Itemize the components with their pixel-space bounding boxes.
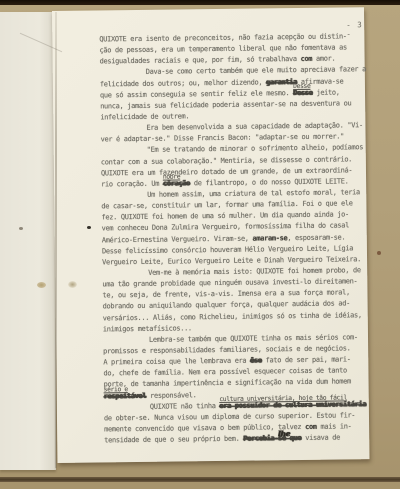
typed-text: Vergueiro Leite, Eurico Vergueiro Leite … — [102, 255, 361, 266]
typed-text: memente convencido que visava o bem públ… — [104, 423, 305, 433]
typed-text: de filantropo, o do nosso QUIXOTE LEITE. — [190, 177, 349, 187]
typed-text: responsável. — [146, 391, 196, 400]
typed-insertion-above: nobre — [163, 172, 180, 183]
typed-text: promissos e responsabilidades familiares… — [103, 344, 350, 355]
typed-text: jeito, — [313, 88, 340, 96]
struck-out-text: era possuidor de cultura universitáriacu… — [219, 400, 366, 410]
typed-text: Um homem assim, uma criatura de tal esto… — [147, 188, 360, 199]
typed-text: mais in- — [317, 422, 352, 430]
typed-text: QUIXOTE era um fazendeiro dotado de um g… — [101, 166, 352, 177]
struck-out-text: êse — [250, 357, 262, 365]
typed-text: felicidade dos outros; ou, melhor dizend… — [100, 78, 266, 88]
typed-text: "Em se tratando de minorar o sofrimento … — [147, 144, 363, 155]
typed-text: Dava-se como certo também que ele muito … — [146, 66, 366, 77]
overtyped-bold-text: com — [301, 55, 313, 63]
typed-text: fato de ser pai, mari- — [262, 355, 351, 364]
paper-crease — [55, 12, 57, 468]
typed-text: desigualdades raciais e que, por fim, só… — [100, 55, 301, 65]
typed-text: uma tão grande probidade que ninguém ous… — [102, 277, 357, 288]
typescript-sheet: - 3 - QUIXOTE era isento de preconceitos… — [52, 7, 369, 463]
typed-text: Lembra-se também que QUIXOTE tinha os ma… — [149, 333, 358, 344]
typed-text: de casar-se, constituir um lar, formar u… — [101, 199, 352, 210]
typed-text-block: QUIXOTE era isento de preconceitos, não … — [99, 31, 369, 446]
ink-speck — [87, 226, 91, 229]
struck-out-text: DesseDesse — [293, 89, 312, 97]
handwritten-insertion: lhe — [278, 428, 290, 439]
typed-text: QUIXOTE era isento de preconceitos, não … — [99, 32, 346, 43]
typed-text: Era bem desenvolvida a sua capacidade de… — [146, 121, 362, 132]
typed-line: tensidade de que o seu próprio bem. Perc… — [104, 432, 369, 446]
typed-text: ção de pessoas, era um temperamento libe… — [99, 44, 346, 55]
underlying-page — [0, 12, 56, 470]
typed-text: amor. — [312, 55, 335, 63]
typed-text: dobrando ou aniquilando qualquer força, … — [103, 300, 350, 311]
typed-text: do, chefe de família. Nem era possível e… — [103, 367, 347, 378]
typed-text: A primeira coisa que lhe lembrava era — [103, 357, 250, 367]
typed-insertion-above: Desse — [293, 81, 310, 92]
typed-text: visava de — [301, 434, 340, 442]
paper-stain — [68, 281, 77, 288]
typed-insertion-above: sério e — [104, 384, 128, 395]
typed-text: , esposaram-se. — [287, 233, 345, 242]
ink-speck — [19, 227, 23, 230]
typed-text: tensidade de que o seu próprio bem. — [104, 435, 243, 445]
struck-out-text: Percebia-se quelhe — [243, 434, 301, 443]
typed-text: ver é adaptar-se." Disse Francis Bacon: … — [101, 133, 345, 144]
overtyped-bold-text: com — [305, 423, 317, 431]
album-bottom-edge — [0, 482, 400, 489]
typed-insertion-above: cultura universitária, hoje tão fácil — [219, 393, 347, 406]
typed-text: Vem-me à memória mais isto: QUIXOTE foi … — [148, 266, 361, 277]
album-top-edge — [0, 0, 400, 5]
typed-text: infelicidade de outrem. — [100, 112, 189, 121]
typed-text: de obter-se. Nunca visou um diploma de c… — [104, 411, 355, 422]
typed-text: versários... Aliás, como Richelieu, inim… — [103, 311, 362, 322]
typed-text: Desse felicíssimo consórcio houveram Hél… — [102, 244, 353, 255]
struck-out-text: respeitávelsério e — [104, 391, 147, 400]
typed-text: nunca, jamais sua felicidade poderia ass… — [100, 99, 351, 110]
typed-text: inimigos metafísicos... — [103, 324, 192, 333]
typed-text: QUIXOTE não tinha — [150, 402, 220, 411]
board-speck — [377, 251, 381, 255]
typed-text: que só assim conseguia se sentir feliz e… — [100, 89, 293, 99]
typed-text: porte, de tamanha impertinência e signif… — [104, 378, 351, 389]
paper-stain — [37, 282, 46, 288]
typed-text: contar com a sua colaboração." Mentiria,… — [101, 155, 352, 166]
typed-text: rio coração. Um — [101, 179, 163, 188]
scanned-photo: - 3 - QUIXOTE era isento de preconceitos… — [0, 0, 400, 489]
typed-text: Américo-Ernestina Vergueiro. Viram-se, — [102, 234, 253, 244]
typed-text: te, ou seja, de frente, vis-a-vis. Imens… — [102, 289, 349, 300]
typed-text: fez. QUIXOTE foi homem de uma só mulher.… — [101, 211, 348, 222]
typed-text: vem conheceu Dona Zulmira Vergueiro, for… — [102, 222, 349, 233]
overtyped-bold-text: amaram-se — [252, 234, 287, 242]
struck-out-text: côraçãonobre — [163, 179, 190, 187]
